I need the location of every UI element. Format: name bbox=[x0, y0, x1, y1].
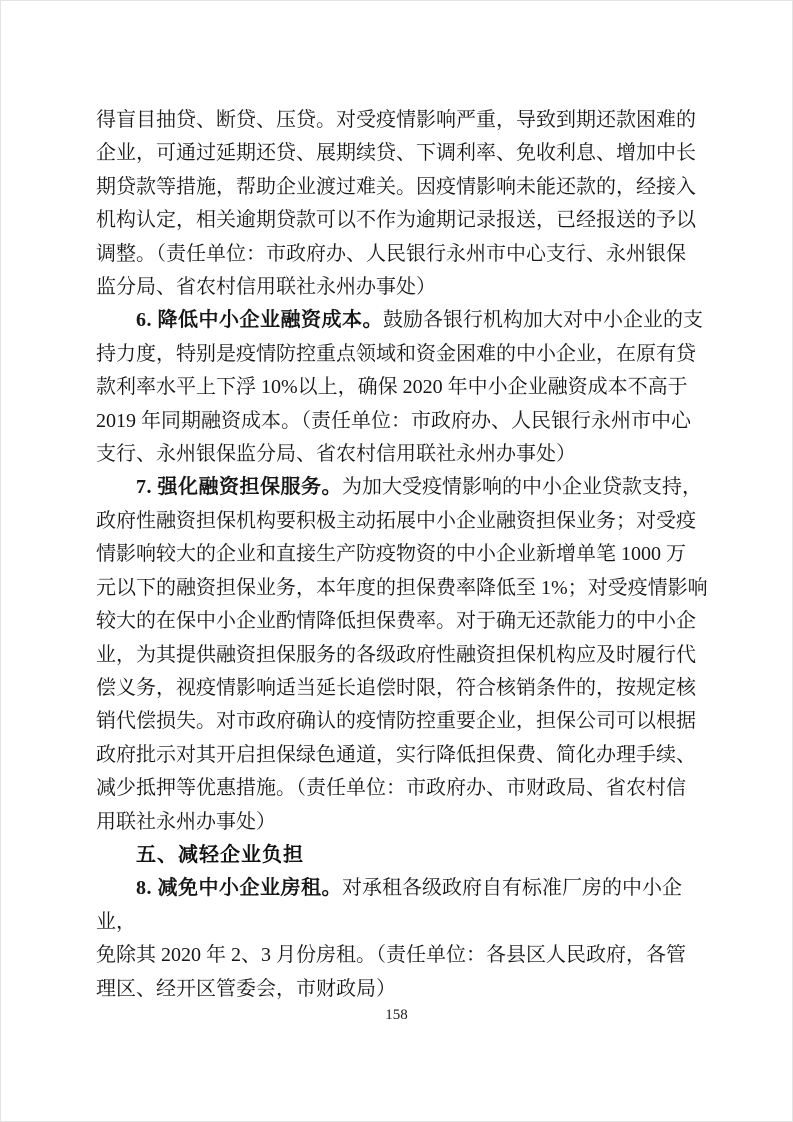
item-7-body: 为加大受疫情影响的中小企业贷款支持， 政府性融资担保机构要积极主动拓展中小企业融… bbox=[96, 476, 708, 832]
item-6-body: 鼓励各银行机构加大对中小企业的支 持力度，特别是疫情防控重点领域和资金困难的中小… bbox=[96, 309, 703, 465]
paragraph-item-7: 7. 强化融资担保服务。为加大受疫情影响的中小企业贷款支持， 政府性融资担保机构… bbox=[96, 471, 708, 838]
page-number: 158 bbox=[385, 1007, 408, 1023]
paragraph-continuation-text: 得盲目抽贷、断贷、压贷。对受疫情影响严重，导致到期还款困难的 企业，可通过延期还… bbox=[96, 109, 696, 298]
page-footer: 158 bbox=[1, 1006, 792, 1024]
paragraph-item-6: 6. 降低中小企业融资成本。鼓励各银行机构加大对中小企业的支 持力度，特别是疫情… bbox=[96, 304, 708, 471]
section-5-heading: 五、减轻企业负担 bbox=[96, 839, 708, 872]
item-8-heading: 8. 减免中小企业房租。 bbox=[136, 877, 342, 899]
document-body: 得盲目抽贷、断贷、压贷。对受疫情影响严重，导致到期还款困难的 企业，可通过延期还… bbox=[96, 104, 708, 1006]
item-6-heading: 6. 降低中小企业融资成本。 bbox=[136, 309, 383, 331]
document-page: 得盲目抽贷、断贷、压贷。对受疫情影响严重，导致到期还款困难的 企业，可通过延期还… bbox=[0, 0, 793, 1122]
paragraph-item-8: 8. 减免中小企业房租。对承租各级政府自有标准厂房的中小企业， 免除其 2020… bbox=[96, 872, 708, 1006]
item-7-heading: 7. 强化融资担保服务。 bbox=[136, 476, 342, 498]
paragraph-continuation: 得盲目抽贷、断贷、压贷。对受疫情影响严重，导致到期还款困难的 企业，可通过延期还… bbox=[96, 104, 708, 304]
